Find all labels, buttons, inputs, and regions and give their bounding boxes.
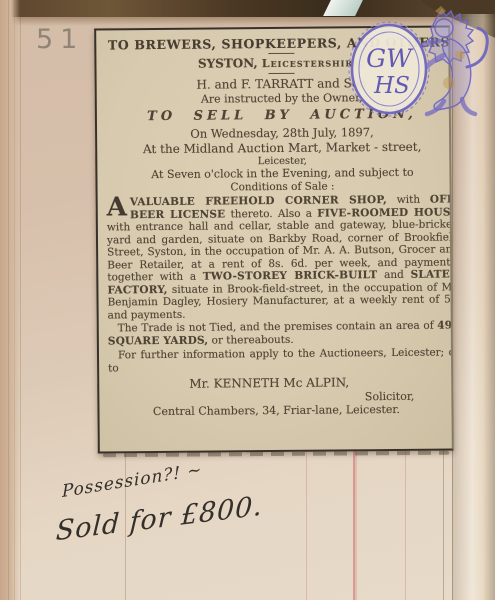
ledger-rule: [306, 447, 307, 600]
scrapbook-page: 51 TO BREWERS, SHOPKEEPERS, AND OTHERS. …: [0, 0, 495, 600]
solicitor-address: Central Chambers, 34, Friar-lane, Leices…: [108, 403, 444, 420]
watermark-oval: GW HS: [349, 22, 429, 116]
gutter-line: [14, 0, 15, 600]
lot-text: with: [397, 194, 420, 206]
trade-text: or thereabouts.: [212, 334, 294, 347]
lot-description: AVALUABLE FREEHOLD CORNER SHOP, with OFF…: [107, 193, 454, 321]
ledger-rule: [405, 447, 406, 600]
apply-paragraph: For further information apply to the Auc…: [108, 346, 454, 375]
lot-house: FIVE-ROOMED HOUSE: [317, 206, 454, 219]
lot-factory-type: TWO-STOREY BRICK-BUILT: [203, 269, 378, 283]
watermark-letters-bottom: HS: [373, 73, 410, 99]
gutter-line: [8, 0, 9, 600]
watermark-letters-top: GW: [366, 44, 414, 73]
handwritten-note-possession: Possession?! ~: [62, 460, 203, 502]
divider-rule: [268, 53, 294, 54]
page-gutter: [0, 0, 20, 600]
handwritten-note-sold: Sold for £800.: [55, 490, 263, 547]
divider-rule: [269, 73, 295, 74]
ledger-rule: [443, 447, 444, 600]
location-town: SYSTON,: [198, 56, 258, 71]
lot-text: thereto. Also a: [231, 207, 313, 220]
ghs-watermark: GW HS: [347, 5, 495, 119]
venue-line: At the Midland Auction Mart, Market - st…: [106, 139, 454, 157]
dropcap: A: [107, 196, 130, 219]
trade-paragraph: The Trade is not Tied, and the premises …: [108, 319, 454, 348]
lot-text: and: [384, 269, 404, 281]
page-number: 51: [36, 24, 84, 55]
gutter-line: [20, 0, 21, 600]
ledger-rule: [353, 447, 355, 600]
trade-text: The Trade is not Tied, and the premises …: [118, 320, 434, 335]
